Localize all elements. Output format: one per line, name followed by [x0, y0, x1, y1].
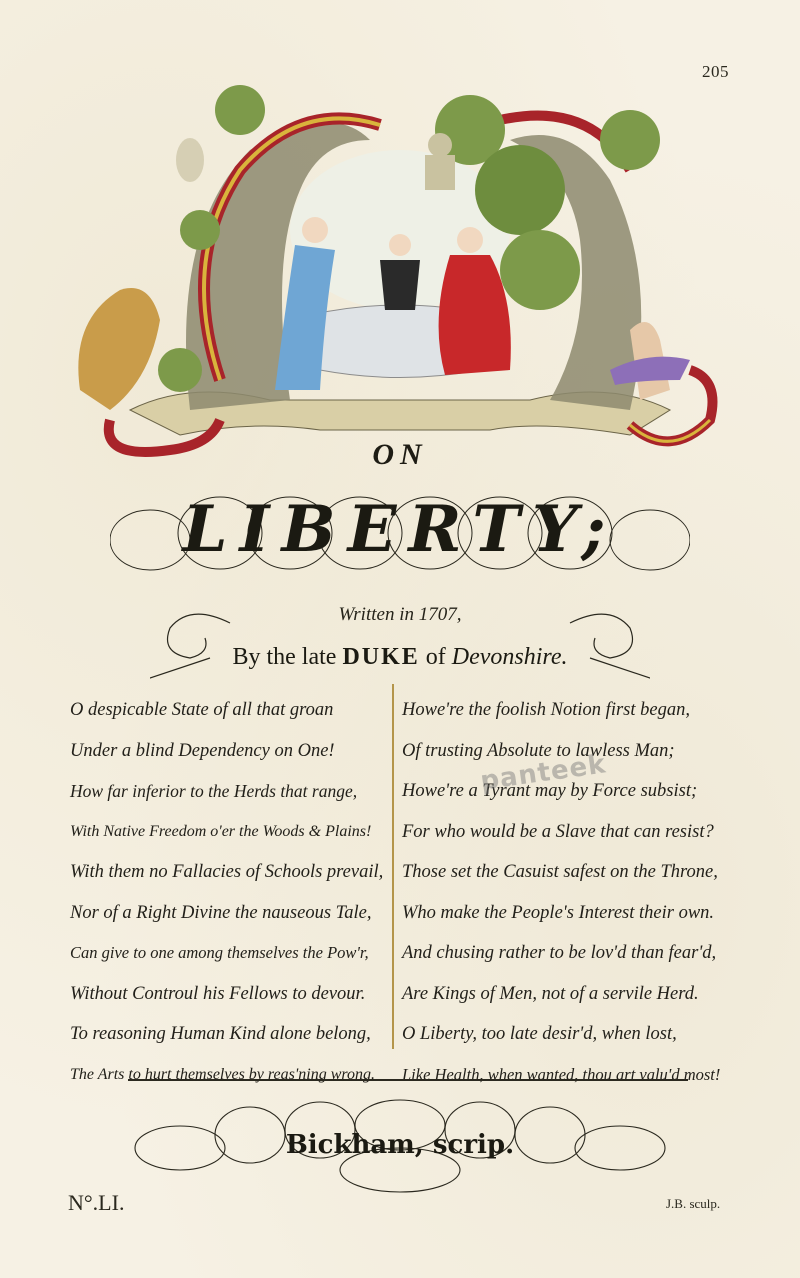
poem-left-column: O despicable State of all that groan Und… — [70, 690, 390, 1095]
poem-line: Like Health, when wanted, thou art valu'… — [402, 1055, 732, 1096]
poem-line: Who make the People's Interest their own… — [402, 893, 732, 934]
plate-number: N°.LI. — [68, 1190, 124, 1216]
poem-line: With Native Freedom o'er the Woods & Pla… — [70, 812, 390, 853]
poem-line: O Liberty, too late desir'd, when lost, — [402, 1014, 732, 1055]
poem-line: Those set the Casuist safest on the Thro… — [402, 852, 732, 893]
horizontal-rule — [128, 1079, 688, 1081]
poem-line: For who would be a Slave that can resist… — [402, 812, 732, 853]
byline-duke: DUKE — [342, 644, 419, 670]
poem-line: To reasoning Human Kind alone belong, — [70, 1014, 390, 1055]
byline-name: Devonshire. — [452, 644, 568, 670]
heading-on: ON — [0, 438, 800, 472]
engraver-credit: J.B. sculp. — [666, 1196, 720, 1212]
poem-line: The Arts to hurt themselves by reas'ning… — [70, 1055, 390, 1096]
poem-line: Without Controul his Fellows to devour. — [70, 974, 390, 1015]
poem-line: Are Kings of Men, not of a servile Herd. — [402, 974, 732, 1015]
poem-line: How far inferior to the Herds that range… — [70, 771, 390, 812]
byline-prefix: By the late — [232, 644, 342, 670]
poem-line: Under a blind Dependency on One! — [70, 731, 390, 772]
poem-line: Nor of a Right Divine the nauseous Tale, — [70, 893, 390, 934]
column-divider — [392, 684, 394, 1049]
poem-line: Can give to one among themselves the Pow… — [70, 933, 390, 974]
poem-line: Howe're the foolish Notion first began, — [402, 690, 732, 731]
byline: By the late DUKE of Devonshire. — [0, 644, 800, 671]
poem-line: And chusing rather to be lov'd than fear… — [402, 933, 732, 974]
written-date: Written in 1707, — [0, 604, 800, 626]
poem-line: With them no Fallacies of Schools prevai… — [70, 852, 390, 893]
signature-flourish-block: Bickham, scrip. — [120, 1090, 680, 1200]
byline-of: of — [420, 644, 452, 670]
vignette-illustration — [70, 80, 730, 460]
poem-title: LIBERTY; — [110, 492, 690, 567]
title-flourish-block: LIBERTY; — [110, 478, 690, 590]
calligrapher-signature: Bickham, scrip. — [120, 1130, 680, 1160]
poem-line: O despicable State of all that groan — [70, 690, 390, 731]
page-number: 205 — [702, 62, 729, 82]
poem-right-column: Howe're the foolish Notion first began, … — [402, 690, 732, 1095]
